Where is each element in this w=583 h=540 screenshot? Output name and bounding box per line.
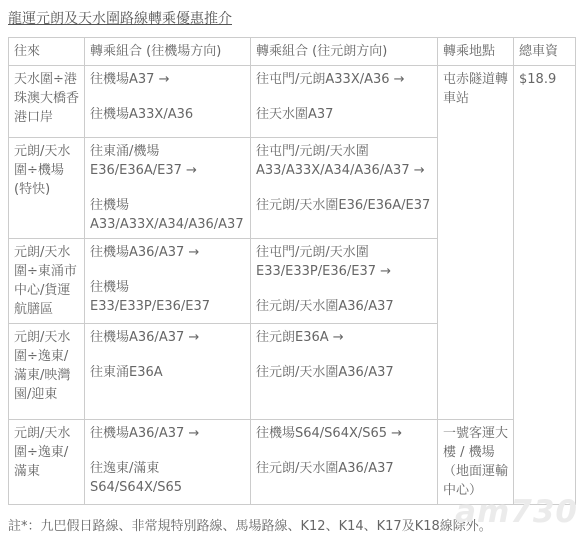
table-header-row: 往來 轉乘組合 (往機場方向) 轉乘組合 (往元朗方向) 轉乘地點 總車資 — [9, 38, 576, 66]
combo-yuenlong-cell: 往屯門/元朗/天水圍A33/A33X/A34/A36/A37 → 往元朗/天水圍… — [251, 138, 438, 239]
combo-line: 往機場E33/E33P/E36/E37 — [90, 278, 245, 316]
combo-line: 往元朗E36A → — [256, 328, 432, 347]
interchange-fare-table: 往來 轉乘組合 (往機場方向) 轉乘組合 (往元朗方向) 轉乘地點 總車資 天水… — [8, 37, 576, 505]
combo-line: 往機場A33X/A36 — [90, 105, 245, 124]
combo-yuenlong-cell: 往屯門/元朗/天水圍E33/E33P/E36/E37 → 往元朗/天水圍A36/… — [251, 239, 438, 324]
combo-line: 往機場A36/A37 → — [90, 328, 245, 347]
combo-line: 往逸東/滿東S64/S64X/S65 — [90, 459, 245, 497]
interchange-cell: 屯赤隧道轉車站 — [438, 66, 514, 420]
combo-airport-cell: 往機場A36/A37 → 往機場E33/E33P/E36/E37 — [85, 239, 251, 324]
header-combo-yuenlong: 轉乘組合 (往元朗方向) — [251, 38, 438, 66]
combo-line: 往東涌/機場E36/E36A/E37 → — [90, 142, 245, 180]
footnote: 註*：九巴假日路線、非常規特別路線、馬場路線、K12、K14、K17及K18線除… — [8, 518, 575, 536]
table-row: 元朗/天水圍÷逸東/滿東 往機場A36/A37 → 往逸東/滿東S64/S64X… — [9, 420, 576, 505]
combo-airport-cell: 往東涌/機場E36/E36A/E37 → 往機場A33/A33X/A34/A36… — [85, 138, 251, 239]
combo-line: 往元朗/天水圍A36/A37 — [256, 459, 432, 478]
header-fare: 總車資 — [514, 38, 576, 66]
combo-line: 往屯門/元朗/天水圍A33/A33X/A34/A36/A37 → — [256, 142, 432, 180]
article-section-title-link[interactable]: 龍運元朗及天水圍路線轉乘優惠推介 — [8, 8, 232, 28]
combo-line: 往機場A37 → — [90, 70, 245, 89]
combo-line: 往東涌E36A — [90, 363, 245, 382]
combo-line: 往屯門/元朗A33X/A36 → — [256, 70, 432, 89]
combo-line: 往天水圍A37 — [256, 105, 432, 124]
route-cell: 元朗/天水圍÷機場 (特快) — [9, 138, 85, 239]
combo-line: 往機場S64/S64X/S65 → — [256, 424, 432, 443]
article-page: 龍運元朗及天水圍路線轉乘優惠推介 往來 轉乘組合 (往機場方向) 轉乘組合 (往… — [0, 0, 583, 540]
combo-yuenlong-cell: 往機場S64/S64X/S65 → 往元朗/天水圍A36/A37 — [251, 420, 438, 505]
route-cell: 天水圍÷港珠澳大橋香港口岸 — [9, 66, 85, 138]
route-cell: 元朗/天水圍÷逸東/滿東 — [9, 420, 85, 505]
combo-line: 往機場A33/A33X/A34/A36/A37 — [90, 196, 245, 234]
combo-airport-cell: 往機場A37 → 往機場A33X/A36 — [85, 66, 251, 138]
combo-airport-cell: 往機場A36/A37 → 往逸東/滿東S64/S64X/S65 — [85, 420, 251, 505]
header-combo-airport: 轉乘組合 (往機場方向) — [85, 38, 251, 66]
combo-line: 往機場A36/A37 → — [90, 243, 245, 262]
header-interchange: 轉乘地點 — [438, 38, 514, 66]
fare-cell: $18.9 — [514, 66, 576, 505]
combo-line: 往元朗/天水圍A36/A37 — [256, 363, 432, 382]
route-cell: 元朗/天水圍÷逸東/滿東/映灣園/迎東 — [9, 324, 85, 420]
combo-line: 往元朗/天水圍E36/E36A/E37 — [256, 196, 432, 215]
combo-yuenlong-cell: 往元朗E36A → 往元朗/天水圍A36/A37 — [251, 324, 438, 420]
combo-line: 往機場A36/A37 → — [90, 424, 245, 443]
header-route: 往來 — [9, 38, 85, 66]
combo-airport-cell: 往機場A36/A37 → 往東涌E36A — [85, 324, 251, 420]
table-row: 天水圍÷港珠澳大橋香港口岸 往機場A37 → 往機場A33X/A36 往屯門/元… — [9, 66, 576, 138]
combo-line: 往元朗/天水圍A36/A37 — [256, 297, 432, 316]
route-cell: 元朗/天水圍÷東涌市中心/貨運航膳區 — [9, 239, 85, 324]
interchange-cell: 一號客運大樓 / 機場 （地面運輸中心） — [438, 420, 514, 505]
combo-yuenlong-cell: 往屯門/元朗A33X/A36 → 往天水圍A37 — [251, 66, 438, 138]
combo-line: 往屯門/元朗/天水圍E33/E33P/E36/E37 → — [256, 243, 432, 281]
